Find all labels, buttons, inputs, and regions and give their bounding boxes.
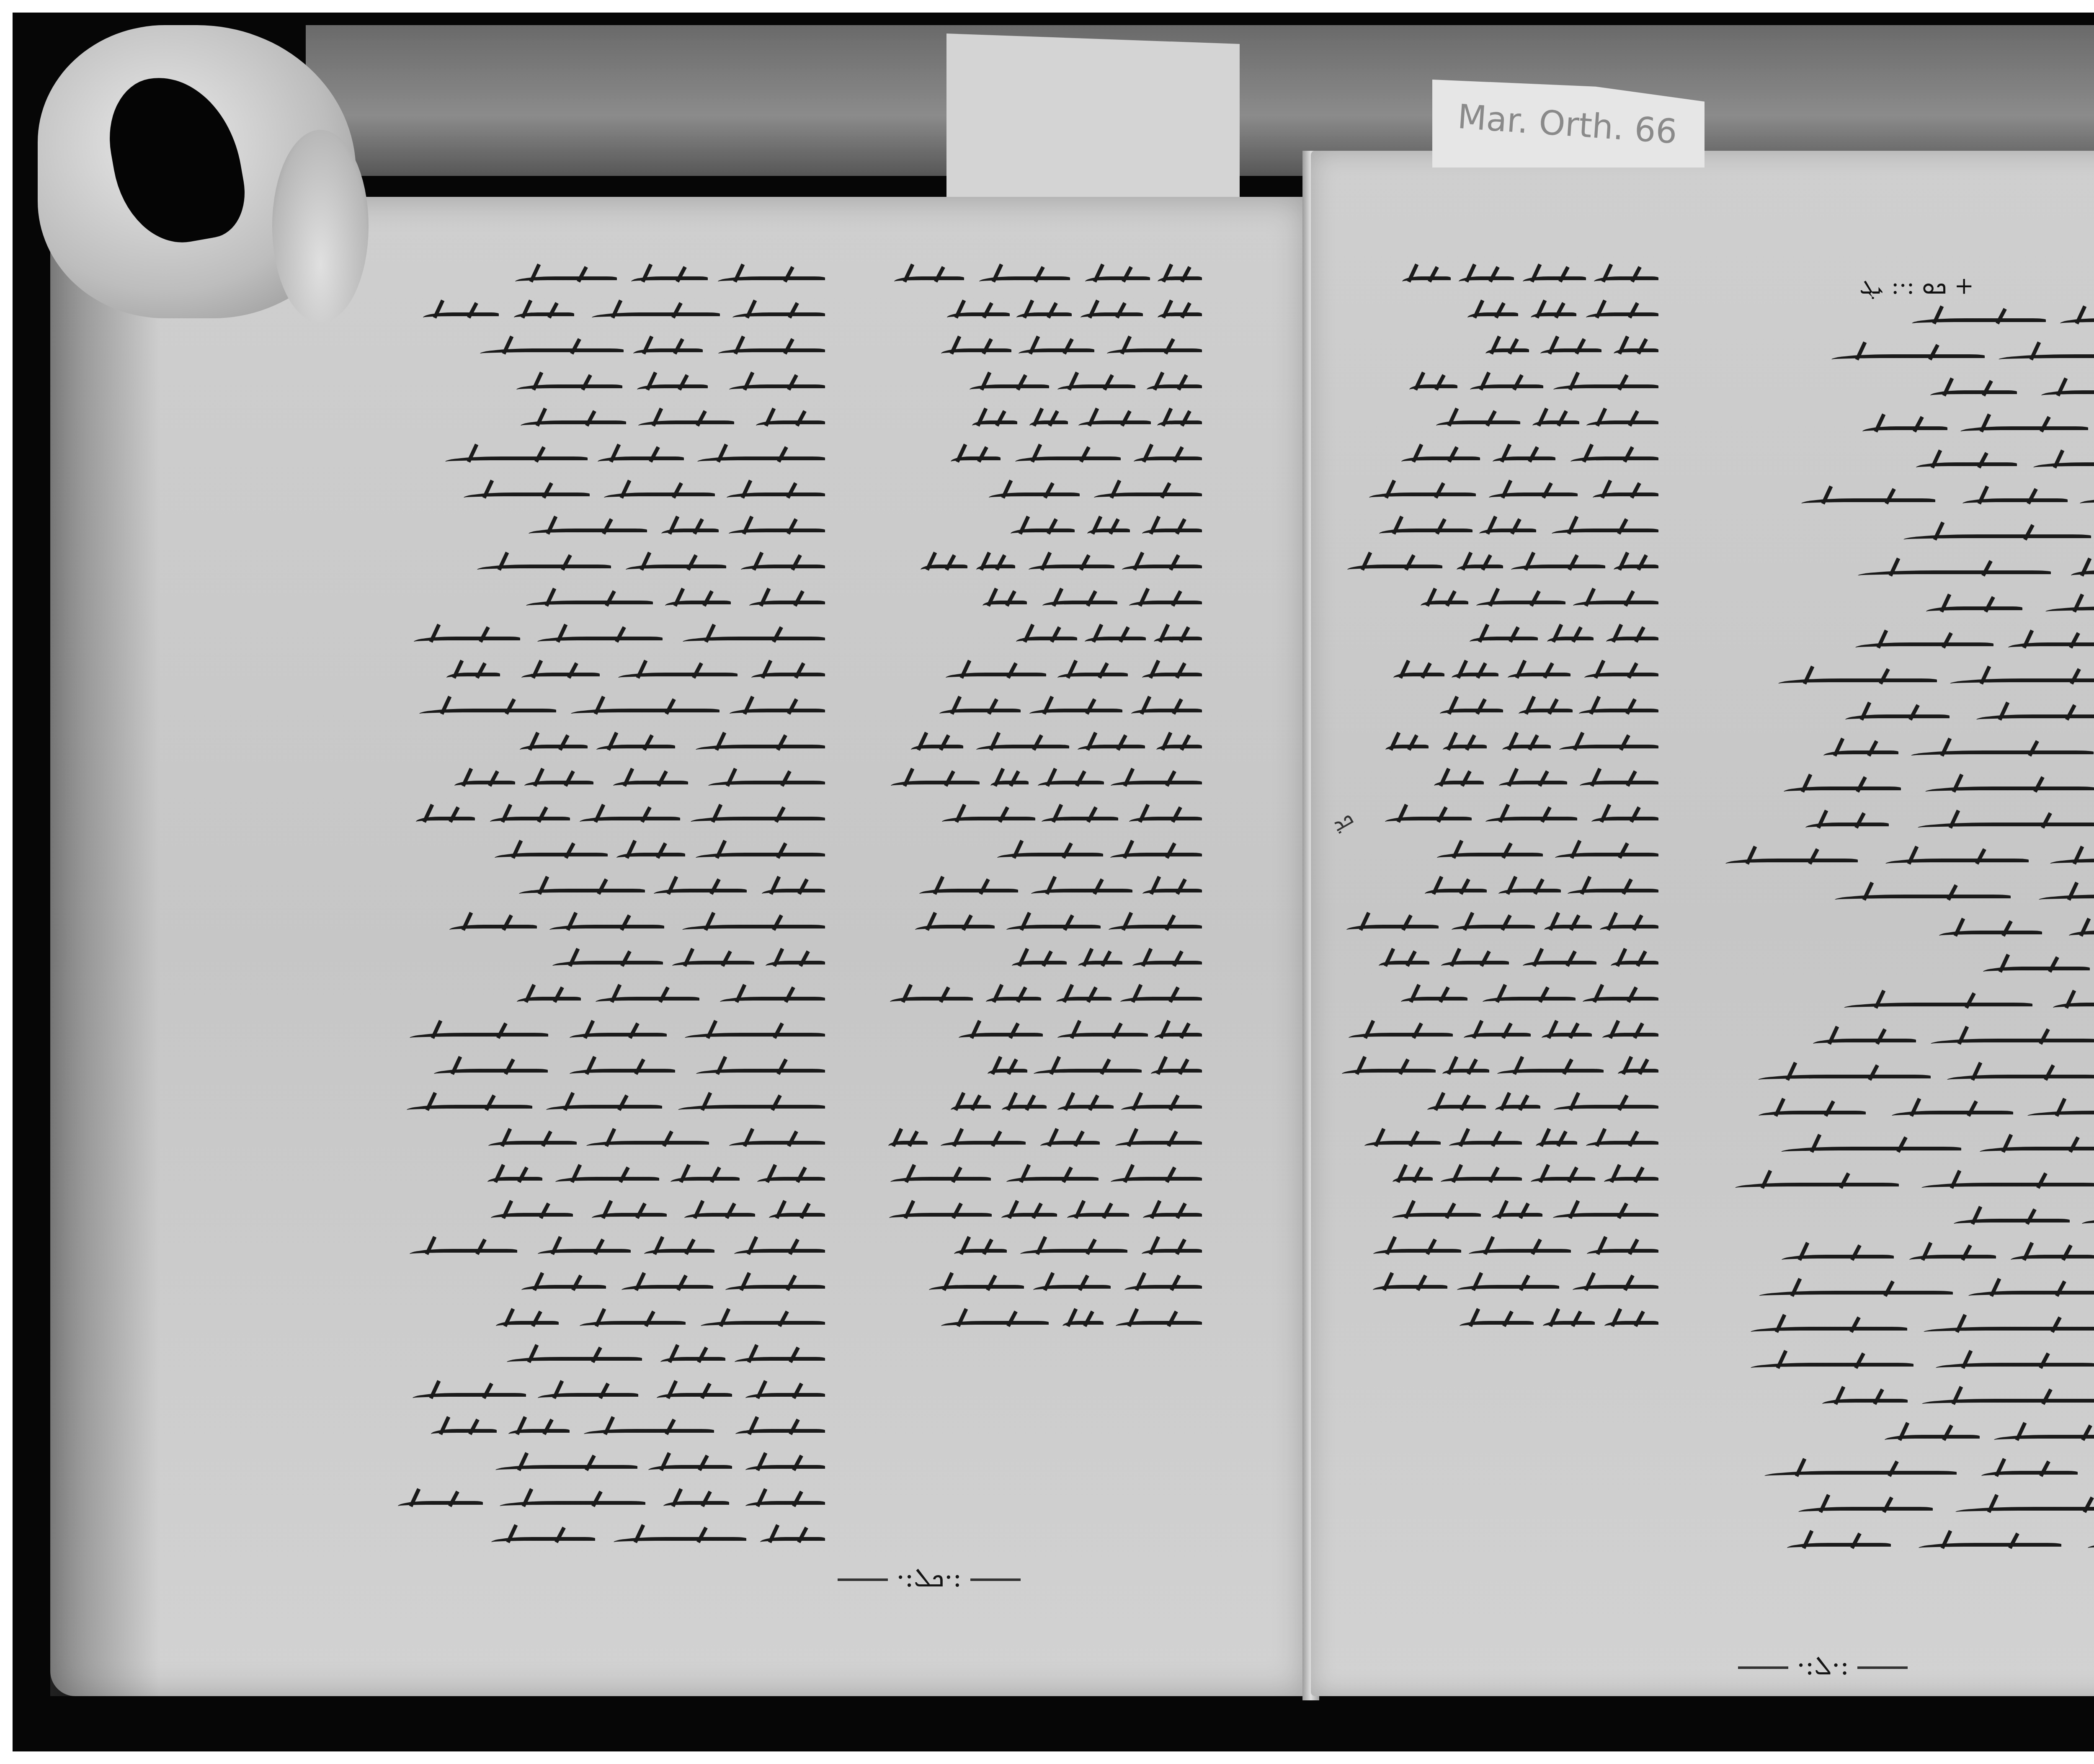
handwritten-line — [884, 696, 1202, 732]
handwritten-line — [1717, 1098, 2094, 1134]
handwritten-line — [1717, 1422, 2094, 1458]
handwritten-line — [884, 336, 1202, 372]
left-page-column-1 — [385, 264, 825, 1560]
handwritten-line — [1717, 486, 2094, 522]
right-page-column-1 — [1340, 264, 1658, 1344]
handwritten-line — [1340, 1020, 1658, 1056]
handwritten-line — [1717, 414, 2094, 450]
handwritten-line — [385, 948, 825, 984]
hand-shadow — [100, 66, 253, 253]
handwritten-line — [385, 1272, 825, 1308]
handwritten-line — [1717, 918, 2094, 954]
handwritten-line — [1340, 948, 1658, 984]
handwritten-line — [1340, 516, 1658, 552]
handwritten-line — [884, 912, 1202, 948]
handwritten-line — [385, 1128, 825, 1164]
handwritten-line — [884, 372, 1202, 408]
handwritten-line — [385, 912, 825, 948]
handwritten-line — [1717, 1134, 2094, 1170]
handwritten-line — [884, 624, 1202, 660]
handwritten-line — [884, 1308, 1202, 1344]
handwritten-line — [884, 1020, 1202, 1056]
handwritten-line — [385, 1092, 825, 1128]
handwritten-line — [1717, 954, 2094, 990]
handwritten-line — [1717, 882, 2094, 918]
handwritten-line — [884, 408, 1202, 444]
left-thumb — [272, 130, 369, 322]
handwritten-line — [884, 732, 1202, 768]
handwritten-line — [884, 768, 1202, 804]
handwritten-line — [1340, 984, 1658, 1020]
handwritten-line — [1717, 450, 2094, 486]
handwritten-line — [884, 552, 1202, 588]
handwritten-line — [385, 768, 825, 804]
handwritten-line — [884, 516, 1202, 552]
handwritten-line — [385, 1344, 825, 1380]
handwritten-line — [884, 264, 1202, 300]
handwritten-line — [385, 1236, 825, 1272]
handwritten-line — [1717, 1494, 2094, 1530]
handwritten-line — [884, 840, 1202, 876]
handwritten-line — [385, 300, 825, 336]
handwritten-line — [1340, 444, 1658, 480]
handwritten-line — [884, 948, 1202, 984]
handwritten-line — [1340, 552, 1658, 588]
handwritten-line — [1340, 624, 1658, 660]
handwritten-line — [1340, 480, 1658, 516]
handwritten-line — [385, 552, 825, 588]
handwritten-line — [385, 408, 825, 444]
handwritten-line — [385, 1020, 825, 1056]
handwritten-line — [1340, 768, 1658, 804]
handwritten-line — [385, 732, 825, 768]
handwritten-line — [385, 804, 825, 840]
handwritten-line — [1717, 306, 2094, 342]
handwritten-line — [884, 1128, 1202, 1164]
handwritten-line — [884, 1092, 1202, 1128]
handwritten-line — [385, 660, 825, 696]
handwritten-line — [884, 876, 1202, 912]
left-page-column-2 — [884, 264, 1202, 1344]
right-page-column-2 — [1717, 306, 2094, 1566]
handwritten-line — [385, 1380, 825, 1416]
handwritten-line — [884, 1056, 1202, 1092]
handwritten-line — [1340, 912, 1658, 948]
handwritten-line — [1340, 1272, 1658, 1308]
shelfmark-text: Mar. Orth. 66 — [1456, 97, 1678, 151]
handwritten-line — [385, 696, 825, 732]
left-hand — [38, 25, 356, 318]
handwritten-line — [1717, 846, 2094, 882]
handwritten-line — [1340, 264, 1658, 300]
handwritten-line — [385, 1164, 825, 1200]
handwritten-line — [1717, 1530, 2094, 1566]
handwritten-line — [884, 804, 1202, 840]
handwritten-line — [385, 1308, 825, 1344]
handwritten-line — [1717, 594, 2094, 630]
handwritten-line — [884, 444, 1202, 480]
handwritten-line — [884, 588, 1202, 624]
handwritten-line — [884, 1200, 1202, 1236]
handwritten-line — [385, 444, 825, 480]
handwritten-line — [1340, 732, 1658, 768]
folio-mark: ܟܘ :·: ܝܓ + — [1859, 272, 1974, 300]
handwritten-line — [884, 1236, 1202, 1272]
handwritten-line — [385, 336, 825, 372]
handwritten-line — [1717, 1314, 2094, 1350]
handwritten-line — [1340, 1128, 1658, 1164]
catchword-right: ·:ܠ·: — [1730, 1650, 1916, 1681]
handwritten-line — [1717, 1242, 2094, 1278]
catchword-left: ·:ܟܠ·: — [829, 1562, 1029, 1593]
handwritten-line — [385, 1200, 825, 1236]
handwritten-line — [1717, 1062, 2094, 1098]
handwritten-line — [1717, 666, 2094, 702]
handwritten-line — [385, 372, 825, 408]
handwritten-line — [385, 1416, 825, 1452]
handwritten-line — [1717, 774, 2094, 810]
handwritten-line — [385, 588, 825, 624]
handwritten-line — [385, 624, 825, 660]
handwritten-line — [1717, 1170, 2094, 1206]
handwritten-line — [884, 984, 1202, 1020]
handwritten-line — [1717, 702, 2094, 738]
photo-frame: Mar. Orth. 66 ܟܘ :·: ܝܓ + ✣ ܟܕ ← ← ·:ܟܠ·… — [13, 13, 2094, 1751]
handwritten-line — [1717, 630, 2094, 666]
handwritten-line — [385, 1524, 825, 1560]
handwritten-line — [1717, 1278, 2094, 1314]
handwritten-line — [884, 1272, 1202, 1308]
handwritten-line — [1340, 1164, 1658, 1200]
handwritten-line — [1340, 336, 1658, 372]
handwritten-line — [1340, 1200, 1658, 1236]
handwritten-line — [1717, 990, 2094, 1026]
handwritten-line — [385, 1056, 825, 1092]
handwritten-line — [1340, 408, 1658, 444]
handwritten-line — [385, 516, 825, 552]
handwritten-line — [385, 1488, 825, 1524]
handwritten-line — [1717, 342, 2094, 378]
handwritten-line — [1340, 660, 1658, 696]
handwritten-line — [1717, 378, 2094, 414]
handwritten-line — [884, 300, 1202, 336]
handwritten-line — [1340, 840, 1658, 876]
handwritten-line — [385, 1452, 825, 1488]
handwritten-line — [884, 1164, 1202, 1200]
handwritten-line — [1717, 1350, 2094, 1386]
handwritten-line — [1340, 696, 1658, 732]
handwritten-line — [385, 264, 825, 300]
handwritten-line — [385, 480, 825, 516]
handwritten-line — [1717, 522, 2094, 558]
handwritten-line — [1717, 1386, 2094, 1422]
handwritten-line — [1340, 876, 1658, 912]
handwritten-line — [1717, 558, 2094, 594]
handwritten-line — [1717, 1206, 2094, 1242]
handwritten-line — [385, 984, 825, 1020]
handwritten-line — [1340, 1308, 1658, 1344]
handwritten-line — [385, 876, 825, 912]
handwritten-line — [1340, 588, 1658, 624]
handwritten-line — [1340, 372, 1658, 408]
handwritten-line — [1340, 804, 1658, 840]
handwritten-line — [884, 660, 1202, 696]
handwritten-line — [1717, 1026, 2094, 1062]
handwritten-line — [1717, 738, 2094, 774]
handwritten-line — [884, 480, 1202, 516]
handwritten-line — [1340, 1236, 1658, 1272]
handwritten-line — [1340, 1056, 1658, 1092]
handwritten-line — [385, 840, 825, 876]
handwritten-line — [1340, 1092, 1658, 1128]
handwritten-line — [1340, 300, 1658, 336]
handwritten-line — [1717, 1458, 2094, 1494]
handwritten-line — [1717, 810, 2094, 846]
